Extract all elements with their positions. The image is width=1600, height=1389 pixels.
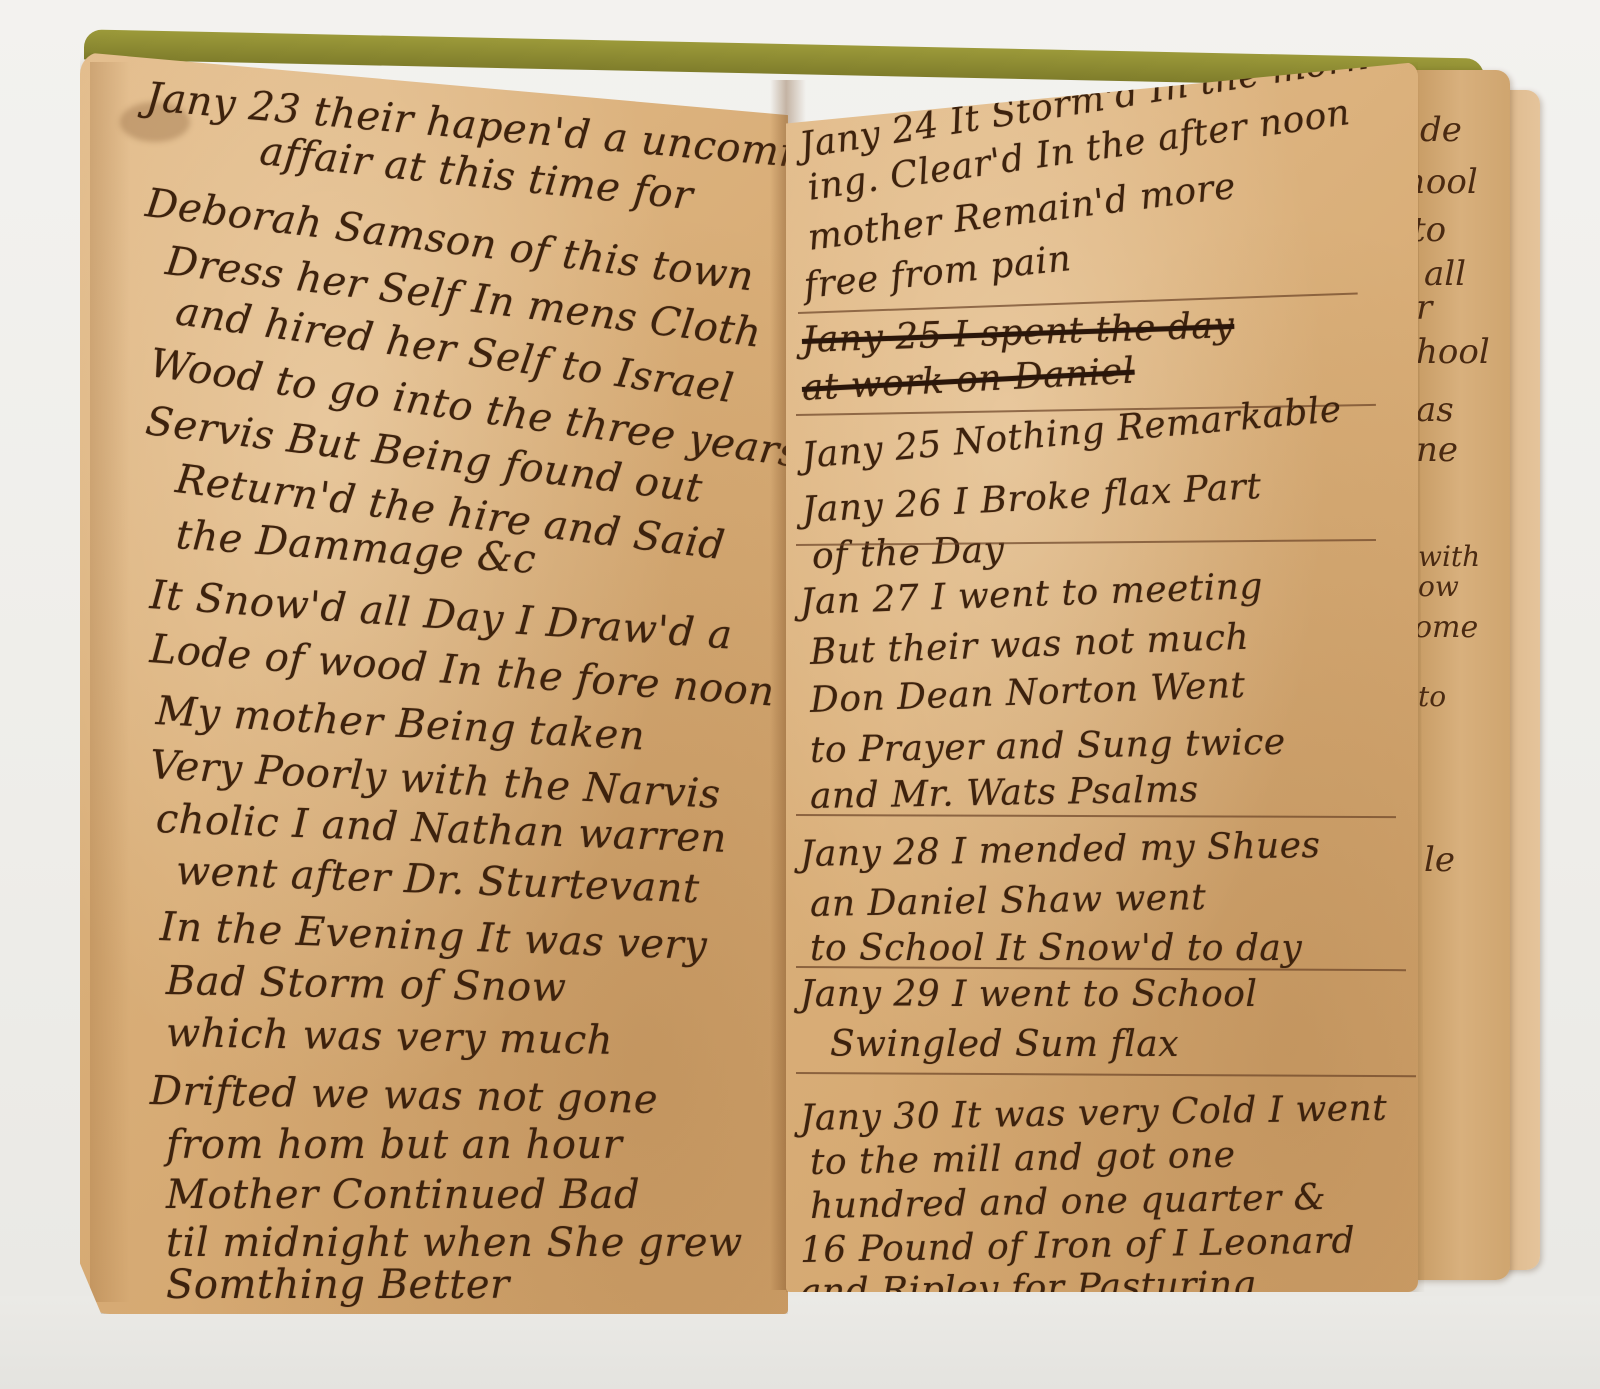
diary-line: Swingled Sum flax (830, 1024, 1179, 1065)
page-edge-shadow (90, 62, 130, 1302)
left-page: Jany 23 their hapen'd a uncommon affair … (80, 52, 788, 1314)
diary-line: Somthing Better (166, 1262, 510, 1308)
diary-line: hundred and one quarter & (810, 1177, 1327, 1227)
entry-divider (796, 1072, 1416, 1077)
next-leaf: de hool to all r hool as ne with ow ome … (1410, 70, 1510, 1280)
leaf-fragment: as (1416, 390, 1454, 430)
diary-line: to School It Snow'd to day (810, 928, 1302, 969)
leaf-fragment: de (1420, 110, 1462, 150)
diary-line: 16 Pound of Iron of I Leonard (800, 1220, 1356, 1271)
diary-line: to the mill and got one (810, 1135, 1236, 1183)
diary-line: Jany 30 It was very Cold I went (800, 1088, 1388, 1139)
leaf-fragment: with (1418, 540, 1480, 573)
diary-line: from hom but an hour (166, 1122, 622, 1168)
entry-divider (796, 814, 1396, 818)
leaf-fragment: ow (1418, 570, 1459, 603)
diary-line: til midnight when She grew (166, 1220, 743, 1266)
struck-line: at work on Daniel (801, 351, 1136, 409)
diary-line: of the Day (811, 529, 1005, 577)
diary-line: which was very much (166, 1010, 614, 1064)
leaf-fragment: ne (1416, 430, 1458, 470)
diary-line: and Mr. Wats Psalms (810, 769, 1199, 817)
struck-line: Jany 25 I spent the day (801, 305, 1235, 361)
diary-line: Jany 29 I went to School (800, 974, 1257, 1015)
leaf-fragment: ome (1414, 610, 1478, 645)
open-diary: de hool to all r hool as ne with ow ome … (0, 0, 1600, 1389)
diary-line: Jany 26 I Broke flax Part (801, 466, 1262, 531)
leaf-fragment: to (1418, 680, 1446, 713)
right-page: Jany 24 It Storm'd In the morn ing. Clea… (786, 62, 1418, 1292)
diary-line: to Prayer and Sung twice (810, 722, 1286, 771)
diary-line: Jany 28 I mended my Shues (800, 825, 1321, 875)
leaf-fragment: r (1416, 288, 1432, 328)
diary-line: But their was not much (809, 617, 1249, 673)
diary-line: Drifted we was not gone (150, 1068, 659, 1123)
diary-line: Bad Storm of Snow (166, 958, 567, 1011)
diary-line: Mother Continued Bad (166, 1172, 640, 1218)
diary-line: an Daniel Shaw went (810, 877, 1207, 925)
leaf-fragment: le (1424, 840, 1455, 880)
diary-line: Don Dean Norton Went (809, 665, 1246, 721)
leaf-fragment: hool (1416, 332, 1490, 372)
